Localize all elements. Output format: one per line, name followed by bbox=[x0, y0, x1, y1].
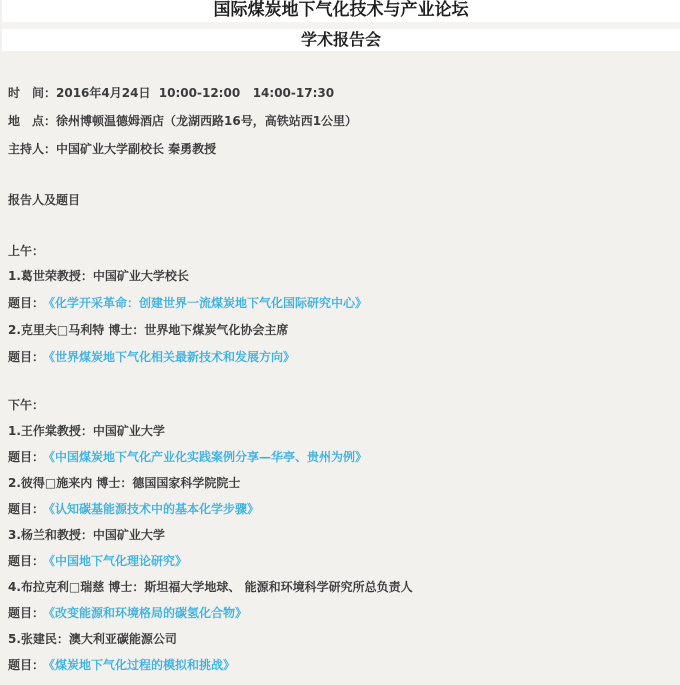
topic-link[interactable]: 《改变能源和环境格局的碳氢化合物》 bbox=[49, 606, 247, 620]
list-item: 5.张建民：澳大利亚碳能源公司 题目：《煤炭地下气化过程的模拟和挑战》 bbox=[8, 632, 670, 673]
program-body: 时 间：2016年4月24日 10:00-12:00 14:00-17:30 地… bbox=[0, 51, 680, 673]
speaker-line: 2.克里夫□马利特 博士：世界地下煤炭气化协会主席 bbox=[8, 323, 670, 338]
list-item: 2.克里夫□马利特 博士：世界地下煤炭气化协会主席 题目：《世界煤炭地下气化相关… bbox=[8, 323, 670, 365]
list-item: 2.彼得□施来内 博士：德国国家科学院院士 题目：《认知碳基能源技术中的基本化学… bbox=[8, 476, 670, 517]
topic-label: 题目： bbox=[8, 296, 44, 310]
host-line: 主持人：中国矿业大学副校长 秦勇教授 bbox=[8, 142, 670, 157]
topic-label: 题目： bbox=[8, 606, 44, 620]
speaker-line: 1.葛世荣教授：中国矿业大学校长 bbox=[8, 269, 670, 284]
event-subtitle: 学术报告会 bbox=[2, 29, 680, 51]
speaker-line: 5.张建民：澳大利亚碳能源公司 bbox=[8, 632, 670, 647]
morning-session: 上午： 1.葛世荣教授：中国矿业大学校长 题目：《化学开采革命：创建世界一流煤炭… bbox=[8, 244, 670, 365]
topic-label: 题目： bbox=[8, 502, 44, 516]
topic-label: 题目： bbox=[8, 450, 44, 464]
topic-link[interactable]: 《中国地下气化理论研究》 bbox=[49, 554, 187, 568]
speaker-line: 2.彼得□施来内 博士：德国国家科学院院士 bbox=[8, 476, 670, 491]
speakers-heading: 报告人及题目 bbox=[8, 193, 670, 208]
speaker-line: 1.王作棠教授：中国矿业大学 bbox=[8, 424, 670, 439]
speaker-line: 3.杨兰和教授：中国矿业大学 bbox=[8, 528, 670, 543]
topic-line: 题目：《化学开采革命：创建世界一流煤炭地下气化国际研究中心》 bbox=[8, 296, 670, 311]
topic-line: 题目：《改变能源和环境格局的碳氢化合物》 bbox=[8, 606, 670, 621]
list-item: 1.王作棠教授：中国矿业大学 题目：《中国煤炭地下气化产业化实践案例分享—华亭、… bbox=[8, 424, 670, 465]
topic-link[interactable]: 《化学开采革命：创建世界一流煤炭地下气化国际研究中心》 bbox=[49, 296, 367, 310]
topic-line: 题目：《中国煤炭地下气化产业化实践案例分享—华亭、贵州为例》 bbox=[8, 450, 670, 465]
afternoon-session: 下午： 1.王作棠教授：中国矿业大学 题目：《中国煤炭地下气化产业化实践案例分享… bbox=[8, 398, 670, 673]
speaker-line: 4.布拉克利□瑞慈 博士：斯坦福大学地球、 能源和环境科学研究所总负责人 bbox=[8, 580, 670, 595]
topic-line: 题目：《煤炭地下气化过程的模拟和挑战》 bbox=[8, 658, 670, 673]
topic-label: 题目： bbox=[8, 554, 44, 568]
topic-label: 题目： bbox=[8, 350, 44, 364]
time-line: 时 间：2016年4月24日 10:00-12:00 14:00-17:30 bbox=[8, 86, 670, 101]
event-title: 国际煤炭地下气化技术与产业论坛 bbox=[2, 0, 680, 22]
list-item: 1.葛世荣教授：中国矿业大学校长 题目：《化学开采革命：创建世界一流煤炭地下气化… bbox=[8, 269, 670, 311]
location-line: 地 点：徐州博顿温德姆酒店（龙湖西路16号，高铁站西1公里） bbox=[8, 114, 670, 129]
topic-link[interactable]: 《世界煤炭地下气化相关最新技术和发展方向》 bbox=[49, 350, 295, 364]
morning-heading: 上午： bbox=[8, 244, 670, 259]
band-divider bbox=[2, 22, 680, 29]
list-item: 3.杨兰和教授：中国矿业大学 题目：《中国地下气化理论研究》 bbox=[8, 528, 670, 569]
topic-line: 题目：《认知碳基能源技术中的基本化学步骤》 bbox=[8, 502, 670, 517]
topic-link[interactable]: 《煤炭地下气化过程的模拟和挑战》 bbox=[49, 658, 235, 672]
topic-label: 题目： bbox=[8, 658, 44, 672]
topic-line: 题目：《中国地下气化理论研究》 bbox=[8, 554, 670, 569]
topic-link[interactable]: 《中国煤炭地下气化产业化实践案例分享—华亭、贵州为例》 bbox=[49, 450, 367, 464]
topic-link[interactable]: 《认知碳基能源技术中的基本化学步骤》 bbox=[49, 502, 259, 516]
afternoon-heading: 下午： bbox=[8, 398, 670, 413]
topic-line: 题目：《世界煤炭地下气化相关最新技术和发展方向》 bbox=[8, 350, 670, 365]
list-item: 4.布拉克利□瑞慈 博士：斯坦福大学地球、 能源和环境科学研究所总负责人 题目：… bbox=[8, 580, 670, 621]
